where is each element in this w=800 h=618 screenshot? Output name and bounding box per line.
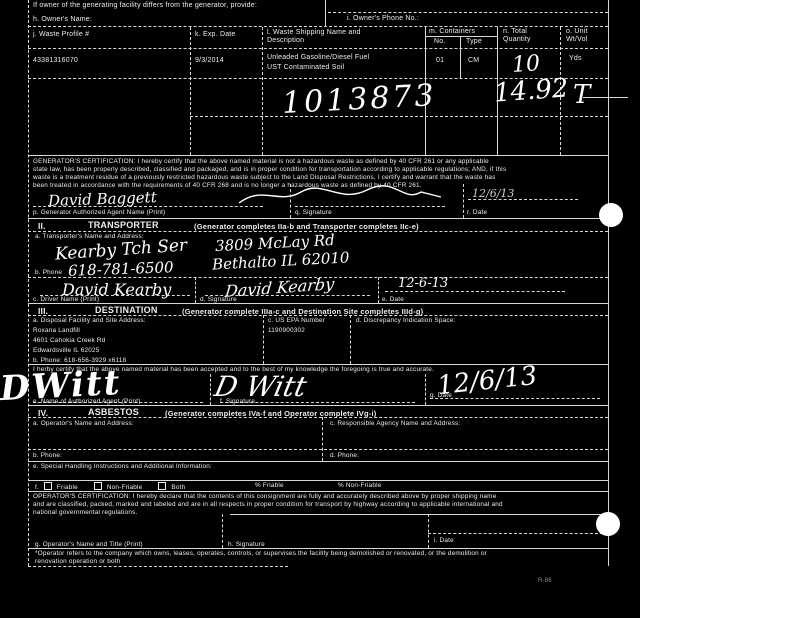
discrepancy-cell-divider — [350, 315, 351, 364]
cert-line: and are classified, packed, marked and l… — [33, 501, 503, 509]
containers-subheader-border — [425, 36, 497, 37]
section2-title: TRANSPORTER — [88, 220, 159, 230]
cert-line: GENERATOR'S CERTIFICATION: I hereby cert… — [33, 158, 489, 166]
operator-date-divider — [428, 514, 429, 548]
section3-header-border — [28, 315, 608, 316]
section4-header-border — [28, 417, 608, 418]
footnote-top-border — [28, 548, 608, 549]
operator-footnote-line2: renovation operation or both — [35, 558, 121, 565]
table-header-bottom-border — [28, 48, 608, 49]
col-header-containers: m. Containers — [429, 28, 475, 35]
row2-bottom-border — [190, 116, 608, 117]
asbestos-cell-divider — [322, 417, 323, 461]
handwritten-unit-row2: T — [573, 80, 590, 110]
exp-date-value: 9/3/2014 — [195, 57, 224, 64]
form-number-mark: R-86 — [538, 578, 552, 584]
section-divider — [28, 303, 608, 304]
scanned-waste-manifest-page: If owner of the generating facility diff… — [0, 0, 800, 618]
cert-line: national governmental regulations. — [33, 509, 138, 517]
destination-agent-label: e. Name of Authorized Agent (Print) — [33, 398, 141, 405]
col-header-containers-no: No. — [434, 38, 446, 45]
form-left-border — [28, 0, 29, 566]
owner-phone-label: i. Owner's Phone No.: — [347, 15, 419, 22]
asbestos-phone-b-label: b. Phone: — [33, 452, 62, 459]
col-divider — [190, 27, 191, 155]
waste-table-top-border — [28, 26, 608, 27]
section-divider — [28, 218, 608, 219]
special-handling-label: e. Special Handling Instructions and Add… — [33, 463, 212, 470]
transporter-phone-label: b. Phone — [35, 269, 62, 276]
disposal-facility-label: a. Disposal Facility and Site Address: — [33, 317, 146, 324]
destination-date-label: g. Date — [430, 392, 452, 399]
scan-area: If owner of the generating facility diff… — [0, 0, 640, 618]
signature-cell-divider — [290, 184, 291, 218]
transporter-date-handwritten: 12-6-13 — [398, 276, 448, 291]
shipping-name-line1: Unleaded Gasoline/Diesel Fuel — [267, 54, 369, 61]
date-underline — [430, 398, 600, 399]
col-header-shipping: l. Waste Shipping Name and Description — [267, 29, 392, 45]
destination-signature-label: f. Signature — [220, 398, 255, 405]
epa-number-value: 1190900302 — [268, 327, 305, 334]
containers-type-value: CM — [468, 57, 479, 64]
date-cell-divider — [463, 184, 464, 218]
friable-options-row: f. Friable Non-Friable Both — [35, 482, 185, 491]
section3-title: DESTINATION — [95, 305, 158, 315]
date-underline — [468, 199, 578, 200]
col-header-unit: o. Unit Wt/Vol — [566, 28, 600, 44]
destination-signature-divider — [210, 374, 211, 405]
waste-profile-value: 43381316070 — [33, 57, 78, 64]
section2-number: II. — [38, 221, 46, 231]
signature-underline — [33, 206, 263, 207]
owner-name-label: h. Owner's Name: — [33, 16, 92, 23]
cert-line: OPERATOR'S CERTIFICATION: I hereby decla… — [33, 493, 496, 501]
col-header-containers-type: Type — [466, 38, 482, 45]
pct-friable-label: % Friable — [255, 482, 284, 489]
hole-punch — [596, 512, 620, 536]
col-divider — [262, 27, 263, 155]
unit-value-row1: Yds — [569, 55, 582, 62]
cert-line: state law, has been properly described, … — [33, 166, 506, 174]
section-divider — [28, 405, 608, 406]
transporter-date-label: e. Date — [382, 296, 404, 303]
transporter-date-underline — [385, 291, 565, 292]
generator-agent-name-label: p. Generator Authorized Agent Name (Prin… — [33, 209, 165, 216]
handwriting-stroke — [583, 97, 628, 98]
col-divider — [460, 36, 461, 78]
handwritten-quantity-row2: 14.92 — [493, 73, 569, 108]
generator-signature-label: q. Signature — [295, 209, 332, 216]
operator-name-address-label: a. Operator's Name and Address: — [33, 420, 134, 427]
special-handling-top-border — [28, 461, 608, 462]
col-header-waste-profile: j. Waste Profile # — [33, 31, 89, 38]
friable-checkbox — [44, 482, 52, 490]
operator-date-label: i. Date — [434, 537, 454, 544]
friable-option-label: Friable — [57, 484, 78, 491]
operator-date-top-border — [428, 533, 608, 534]
asbestos-phone-d-label: d. Phone: — [330, 452, 359, 459]
epa-cell-divider — [263, 315, 264, 364]
section4-title: ASBESTOS — [88, 407, 139, 417]
non-friable-option-label: Non-Friable — [107, 484, 143, 491]
asbestos-phone-row-border — [28, 449, 608, 450]
form-right-border — [608, 0, 609, 566]
driver-signature-label: d. Signature — [200, 296, 237, 303]
both-option-label: Both — [171, 484, 185, 491]
hole-punch — [599, 203, 623, 227]
both-checkbox — [158, 482, 166, 490]
driver-date-divider — [378, 277, 379, 303]
responsible-agency-label: c. Responsible Agency Name and Address: — [330, 420, 460, 427]
friable-row-prefix: f. — [35, 484, 39, 491]
cert-line: waste is a treatment residue of a previo… — [33, 174, 496, 182]
owner-cell-divider — [325, 0, 326, 26]
facility-address-line2: Edwardsville IL 62025 — [33, 347, 100, 354]
operator-signature-row-border — [230, 514, 608, 515]
driver-signature-handwritten: David Kearby — [224, 274, 335, 301]
non-friable-checkbox — [94, 482, 102, 490]
operator-name-title-label: g. Operator's Name and Title (Print) — [35, 541, 143, 548]
col-header-total-quantity: n. Total Quantity — [503, 28, 545, 44]
discrepancy-label: d. Discrepancy Indication Space: — [356, 317, 455, 324]
owner-phone-top-border — [328, 12, 608, 13]
form-bottom-border — [28, 566, 288, 567]
operator-signature-divider — [222, 514, 223, 548]
col-header-exp-date: k. Exp. Date — [195, 31, 236, 38]
shipping-name-line2: UST Contaminated Soil — [267, 64, 344, 71]
handwritten-manifest-number: 1013873 — [281, 78, 437, 121]
operator-cert-top-border — [28, 491, 608, 492]
pct-non-friable-label: % Non-Friable — [338, 482, 381, 489]
facility-name: Roxana Landfill — [33, 327, 80, 334]
operator-footnote-line1: *Operator refers to the company which ow… — [35, 550, 487, 557]
signature-underline — [295, 206, 445, 207]
facility-address-line1: 4601 Cahokia Creek Rd — [33, 337, 105, 344]
table-bottom-border — [28, 155, 608, 156]
friable-row-top-border — [28, 480, 608, 481]
containers-no-value: 01 — [436, 57, 444, 64]
operator-signature-label: h. Signature — [228, 541, 265, 548]
destination-date-divider — [425, 374, 426, 405]
driver-name-label: c. Driver Name (Print) — [33, 296, 99, 303]
handwritten-quantity-row1: 10 — [511, 51, 541, 78]
epa-number-label: c. US EPA Number — [268, 317, 325, 324]
owner-intro-text: If owner of the generating facility diff… — [33, 2, 257, 9]
section2-subtitle: (Generator completes IIa-b and Transport… — [194, 222, 419, 231]
generator-date-label: r. Date — [467, 209, 487, 216]
driver-signature-divider — [195, 277, 196, 303]
